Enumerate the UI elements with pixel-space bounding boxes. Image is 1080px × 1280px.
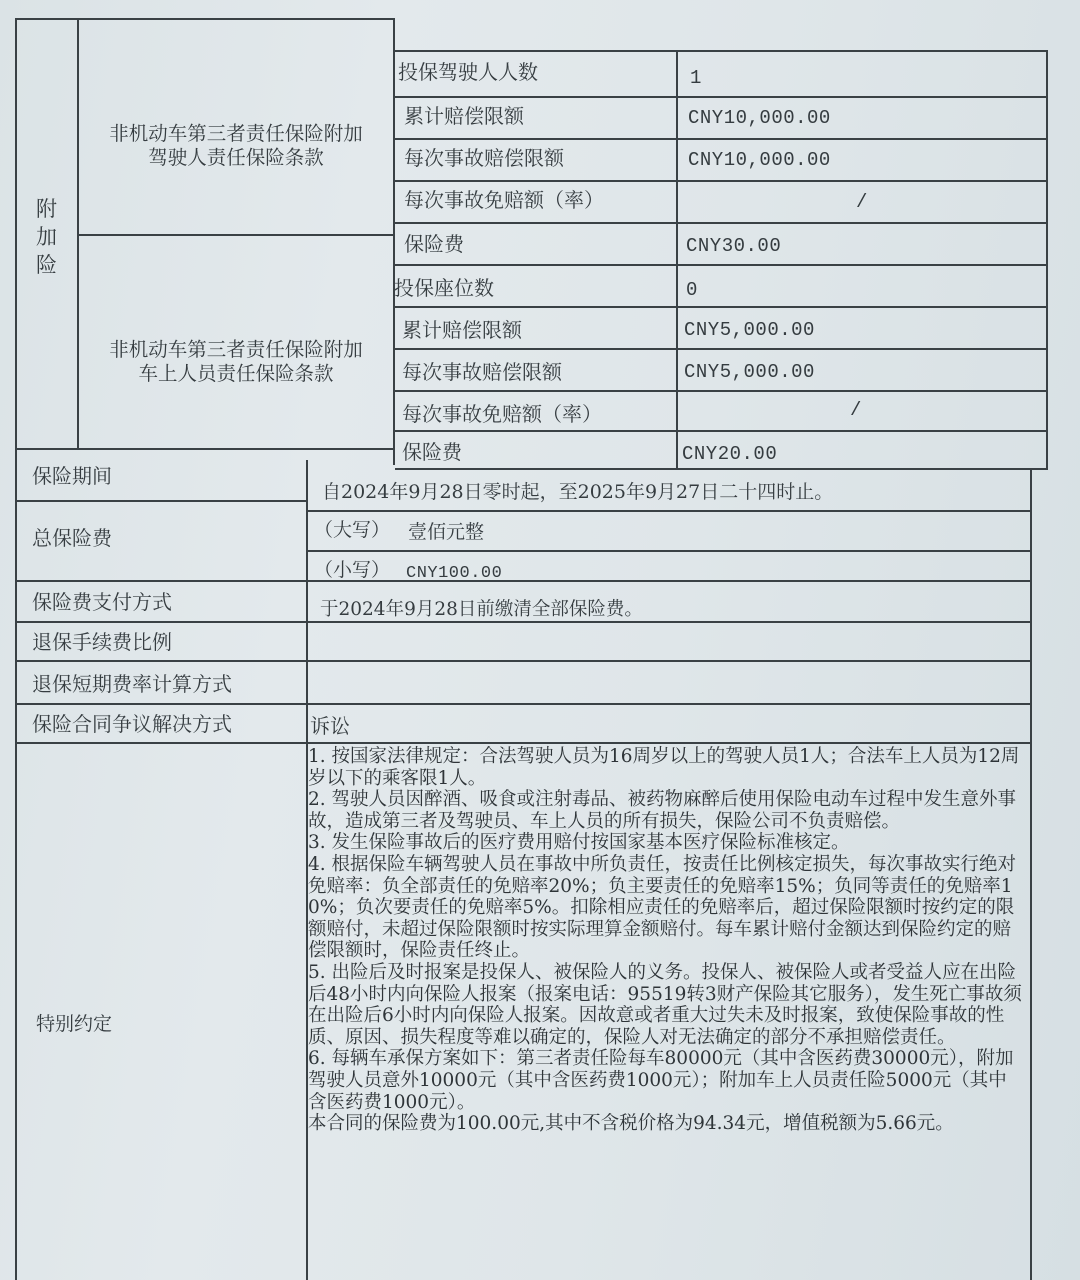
clause-5: 5. 出险后及时报案是投保人、被保险人的义务。投保人、被保险人或者受益人应在出险… <box>308 962 1024 1048</box>
row-line <box>395 430 1047 432</box>
clause-4: 4. 根据保险车辆驾驶人员在事故中所负责任，按责任比例核定损失，每次事故实行绝对… <box>308 854 1024 962</box>
rider-2-clause-title: 非机动车第三者责任保险附加 车上人员责任保险条款 <box>84 338 388 386</box>
payment-method-label: 保险费支付方式 <box>32 590 172 614</box>
row-line <box>15 580 1031 582</box>
dispute-resolution-label: 保险合同争议解决方式 <box>32 712 232 736</box>
rider-2-label-seats: 投保座位数 <box>394 276 494 300</box>
special-agreement-label: 特别约定 <box>36 1012 112 1036</box>
clause-1: 1. 按国家法律规定：合法驾驶人员为16周岁以上的驾驶人员1人；合法车上人员为1… <box>308 746 1024 789</box>
special-agreement-clauses: 1. 按国家法律规定：合法驾驶人员为16周岁以上的驾驶人员1人；合法车上人员为1… <box>308 746 1024 1135</box>
rider-1-value-premium: CNY30.00 <box>686 234 781 258</box>
total-premium-label: 总保险费 <box>32 526 112 550</box>
rider-1-value-drivers: 1 <box>690 66 702 90</box>
value-divider <box>676 50 678 470</box>
rider-2-value-per-accident-limit: CNY5,000.00 <box>684 360 815 384</box>
clause-6: 6. 每辆车承保方案如下：第三者责任险每车80000元（其中含医药费30000元… <box>308 1048 1024 1113</box>
rider-1-clause-title-line2: 驾驶人责任保险条款 <box>84 146 388 170</box>
rider-section-label: 附加险 <box>36 195 60 279</box>
row-line <box>15 703 1031 705</box>
rider-label-divider <box>77 18 79 448</box>
table-border-top-right <box>395 50 1047 52</box>
row-line <box>395 222 1047 224</box>
total-premium-lowercase-value: CNY100.00 <box>406 562 502 586</box>
insurance-period-value: 自2024年9月28日零时起，至2025年9月27日二十四时止。 <box>322 480 833 504</box>
row-line <box>395 468 1047 470</box>
rider-2-label-per-accident-limit: 每次事故赔偿限额 <box>402 360 562 384</box>
rider-1-label-deductible: 每次事故免赔额（率） <box>404 188 604 212</box>
table-border-left <box>15 18 17 1280</box>
rider-2-label-cumulative-limit: 累计赔偿限额 <box>402 318 522 342</box>
rider-1-value-per-accident-limit: CNY10,000.00 <box>688 148 831 172</box>
surrender-fee-ratio-label: 退保手续费比例 <box>32 630 172 654</box>
row-line <box>395 264 1047 266</box>
rider-1-label-premium: 保险费 <box>404 232 464 256</box>
dispute-resolution-value: 诉讼 <box>310 714 350 738</box>
rider-1-value-deductible: / <box>856 190 868 214</box>
insurance-policy-page: 附加险 非机动车第三者责任保险附加 驾驶人责任保险条款 投保驾驶人人数 1 累计… <box>0 0 1080 1280</box>
rider-1-value-cumulative-limit: CNY10,000.00 <box>688 106 831 130</box>
payment-method-value: 于2024年9月28日前缴清全部保险费。 <box>320 598 643 622</box>
rider-2-value-premium: CNY20.00 <box>682 442 777 466</box>
row-line <box>395 390 1047 392</box>
rider-1-label-cumulative-limit: 累计赔偿限额 <box>404 104 524 128</box>
row-line <box>306 510 1031 512</box>
clause-2: 2. 驾驶人员因醉酒、吸食或注射毒品、被药物麻醉后使用保险电动车过程中发生意外事… <box>308 789 1024 832</box>
row-line <box>395 96 1047 98</box>
row-line <box>306 550 1031 552</box>
rider-2-clause-title-line1: 非机动车第三者责任保险附加 <box>84 338 388 362</box>
total-premium-uppercase-label: （大写） <box>314 518 390 542</box>
clause-divider <box>393 20 395 465</box>
row-line <box>15 742 1031 744</box>
row-line <box>15 660 1031 662</box>
table-border-top <box>15 18 395 20</box>
table-border-right <box>1046 50 1048 470</box>
row-line <box>395 306 1047 308</box>
row-line <box>395 348 1047 350</box>
row-line <box>395 180 1047 182</box>
rider-2-value-seats: 0 <box>686 278 698 302</box>
total-premium-lowercase-label: （小写） <box>314 558 390 582</box>
insurance-period-label: 保险期间 <box>32 464 112 488</box>
total-premium-uppercase-value: 壹佰元整 <box>408 520 484 544</box>
clause-3: 3. 发生保险事故后的医疗费用赔付按国家基本医疗保险标准核定。 <box>308 832 1024 854</box>
rider-2-value-cumulative-limit: CNY5,000.00 <box>684 318 815 342</box>
row-line <box>79 234 395 236</box>
rider-1-clause-title: 非机动车第三者责任保险附加 驾驶人责任保险条款 <box>84 122 388 170</box>
clause-premium-tax-note: 本合同的保险费为100.00元,其中不含税价格为94.34元，增值税额为5.66… <box>308 1113 1024 1135</box>
row-line <box>395 138 1047 140</box>
row-line <box>15 448 395 450</box>
rider-2-clause-title-line2: 车上人员责任保险条款 <box>84 362 388 386</box>
rider-2-label-deductible: 每次事故免赔额（率） <box>402 402 602 426</box>
surrender-short-rate-label: 退保短期费率计算方式 <box>32 672 232 696</box>
rider-1-label-drivers: 投保驾驶人人数 <box>398 60 538 84</box>
rider-1-label-per-accident-limit: 每次事故赔偿限额 <box>404 146 564 170</box>
row-line <box>15 500 307 502</box>
rider-2-value-deductible: / <box>850 398 862 422</box>
rider-1-clause-title-line1: 非机动车第三者责任保险附加 <box>84 122 388 146</box>
rider-2-label-premium: 保险费 <box>402 440 462 464</box>
table-border-right-lower <box>1030 468 1032 1280</box>
